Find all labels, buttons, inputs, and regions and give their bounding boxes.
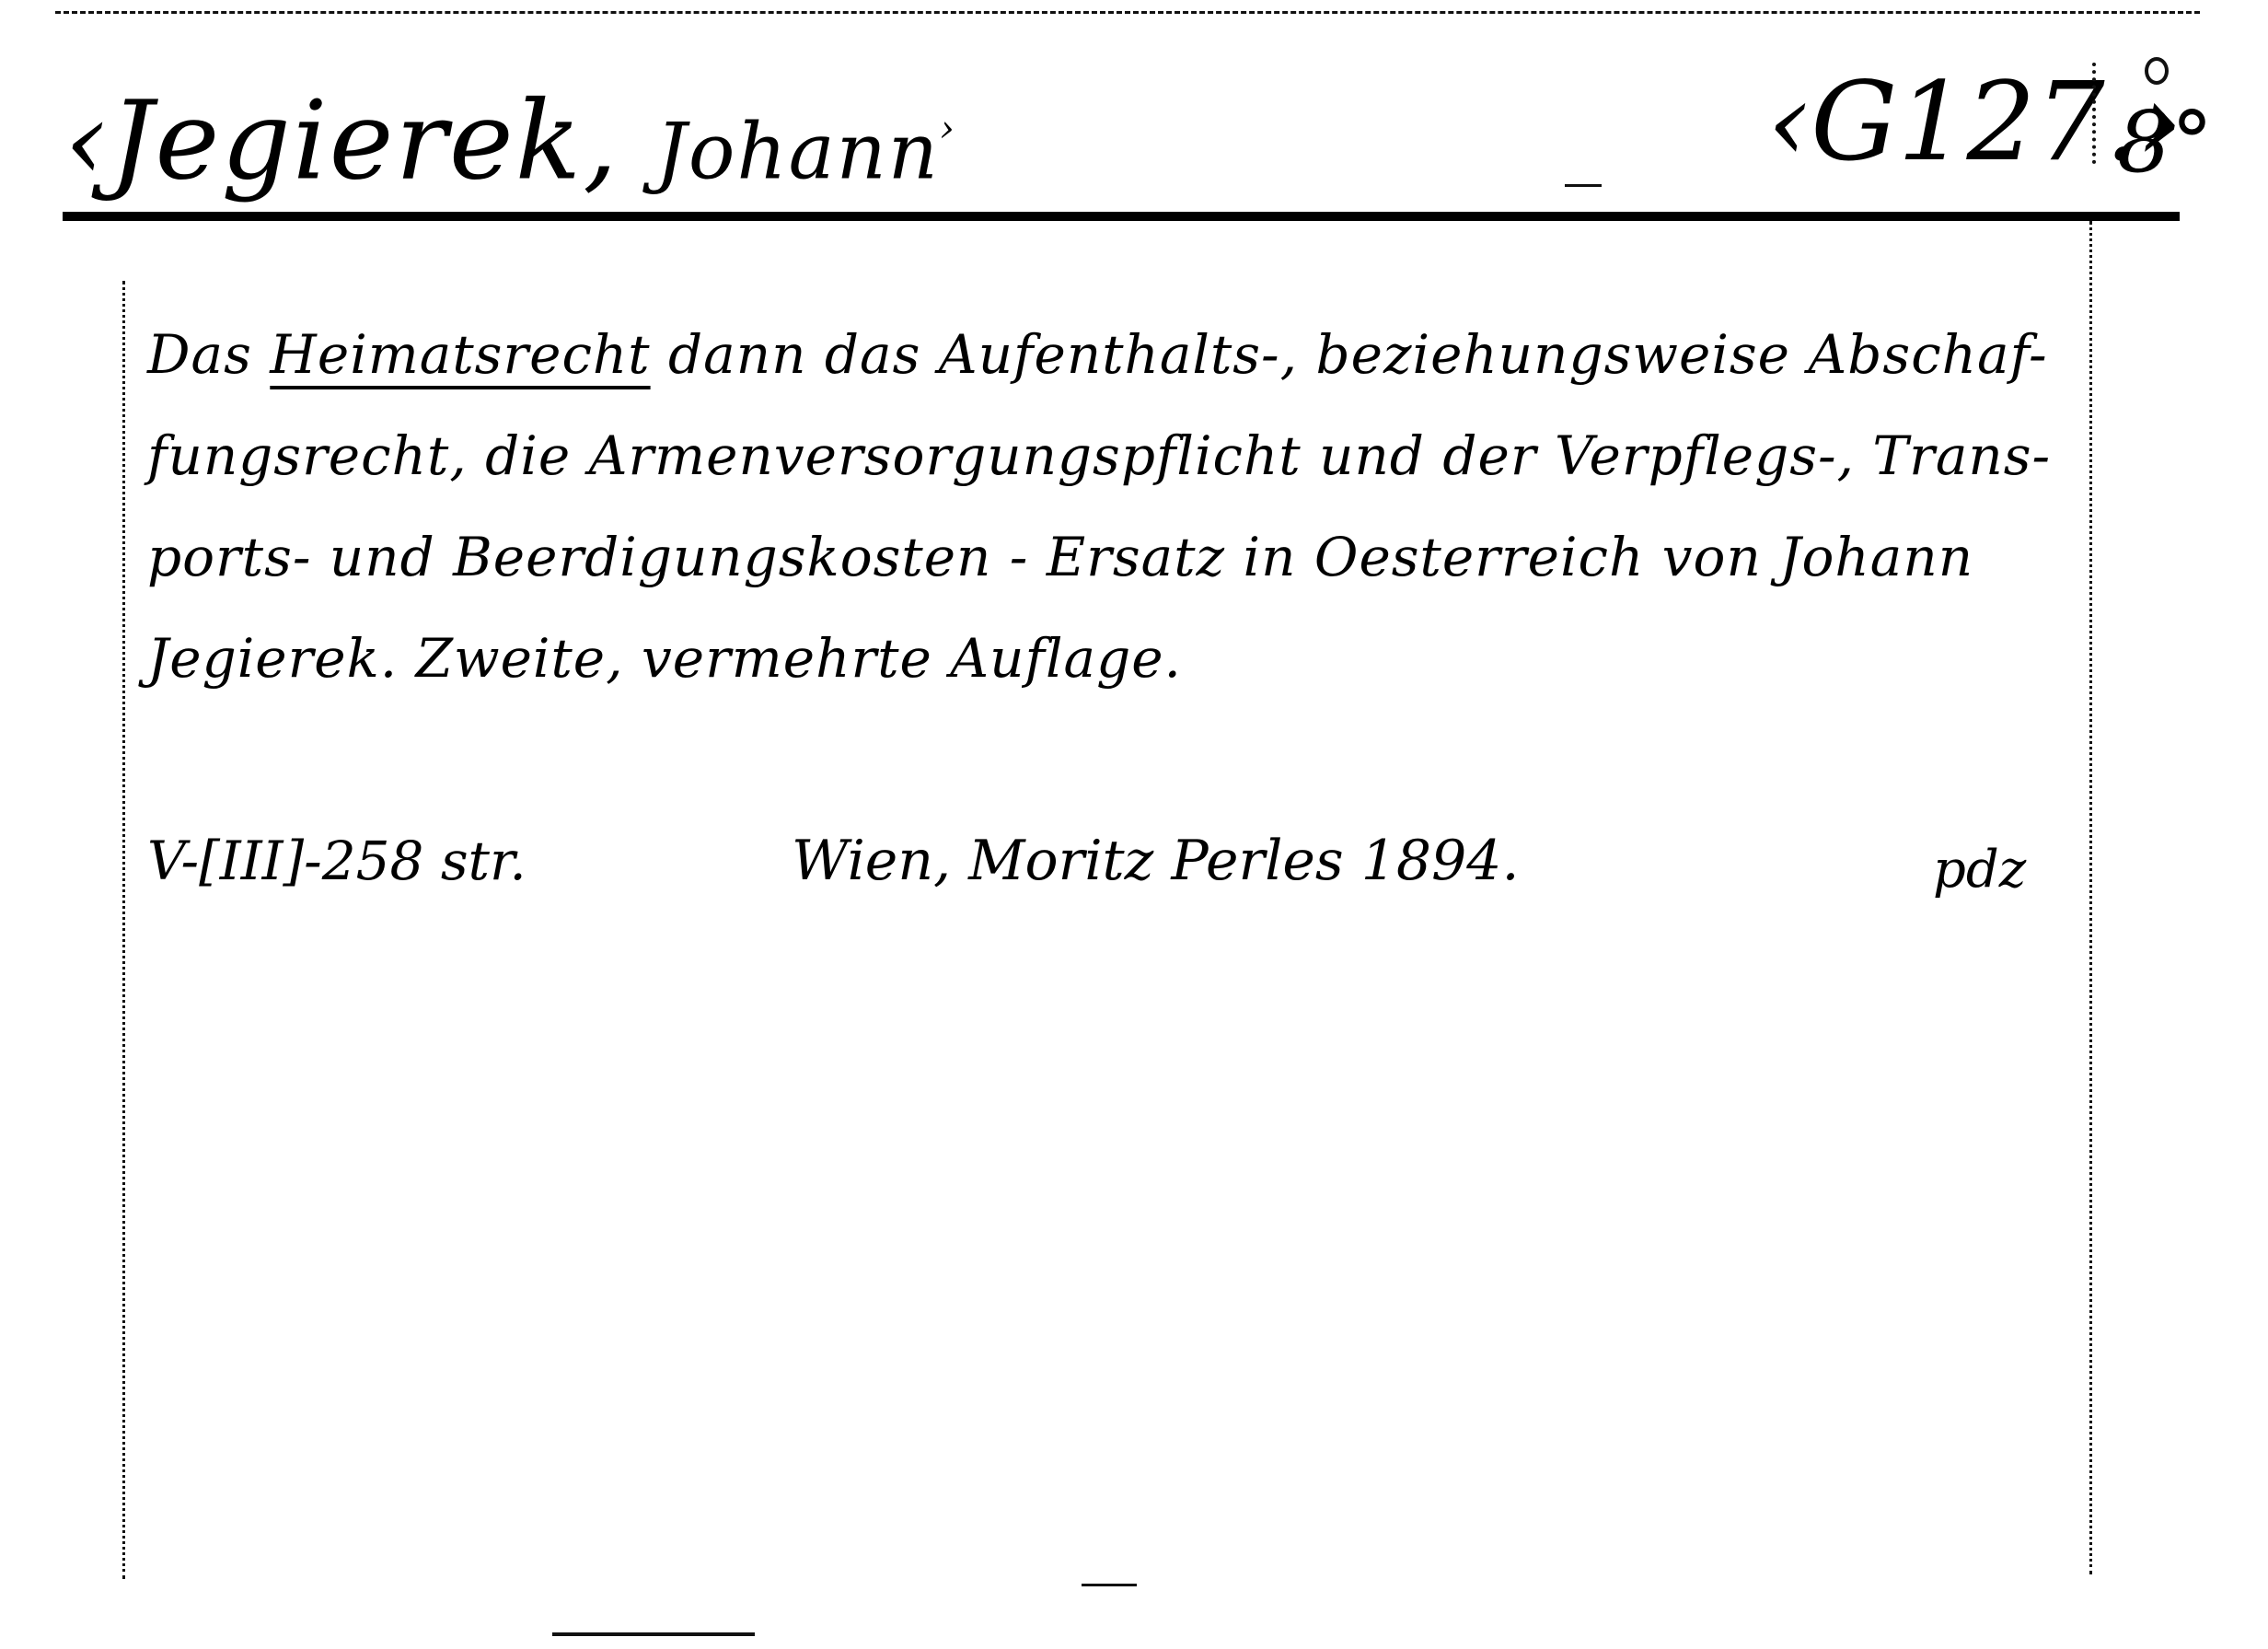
title-line-1: Das Heimatsrecht dann das Aufenthalts-, … [147, 318, 2048, 391]
title-line-2: fungsrecht, die Armenversorgungspflicht … [147, 419, 2051, 493]
circle-mark-icon [2145, 57, 2169, 85]
title-text: dann das Aufenthalts-, beziehungsweise A… [651, 323, 2048, 386]
heading-author: ‹Jegierek, Johann› [64, 64, 956, 215]
title-underlined-word: Heimatsrecht [270, 323, 650, 386]
collation: V-[III]-258 str. [147, 824, 526, 898]
title-line-4: Jegierek. Zweite, vermehrte Auflage. [147, 621, 1182, 695]
title-text: Jegierek. [147, 627, 398, 690]
title-line-3: ports- und Beerdigungskosten - Ersatz in… [147, 520, 1973, 594]
author-surname: Jegierek, [110, 76, 619, 203]
edition-statement: Zweite, vermehrte Auflage. [416, 627, 1182, 690]
top-edge-rule [55, 11, 2200, 14]
scan-speck [1565, 184, 1602, 187]
heading-rule [63, 212, 2180, 221]
cataloger-initials: pdz [1933, 833, 2026, 907]
author-forename: Johann [655, 106, 940, 196]
header-dotted-separator [2092, 63, 2096, 164]
format-size: 8° [2117, 97, 2214, 189]
left-margin-dotted-line [122, 281, 125, 1579]
title-text: Das [147, 323, 270, 386]
open-mark: ‹ [64, 76, 110, 203]
close-mark: › [940, 108, 956, 150]
bottom-edge-rule [552, 1632, 755, 1636]
right-margin-dotted-line [2089, 221, 2092, 1574]
scan-speck [1082, 1584, 1137, 1586]
imprint: Wien, Moritz Perles 1894. [792, 824, 1520, 898]
